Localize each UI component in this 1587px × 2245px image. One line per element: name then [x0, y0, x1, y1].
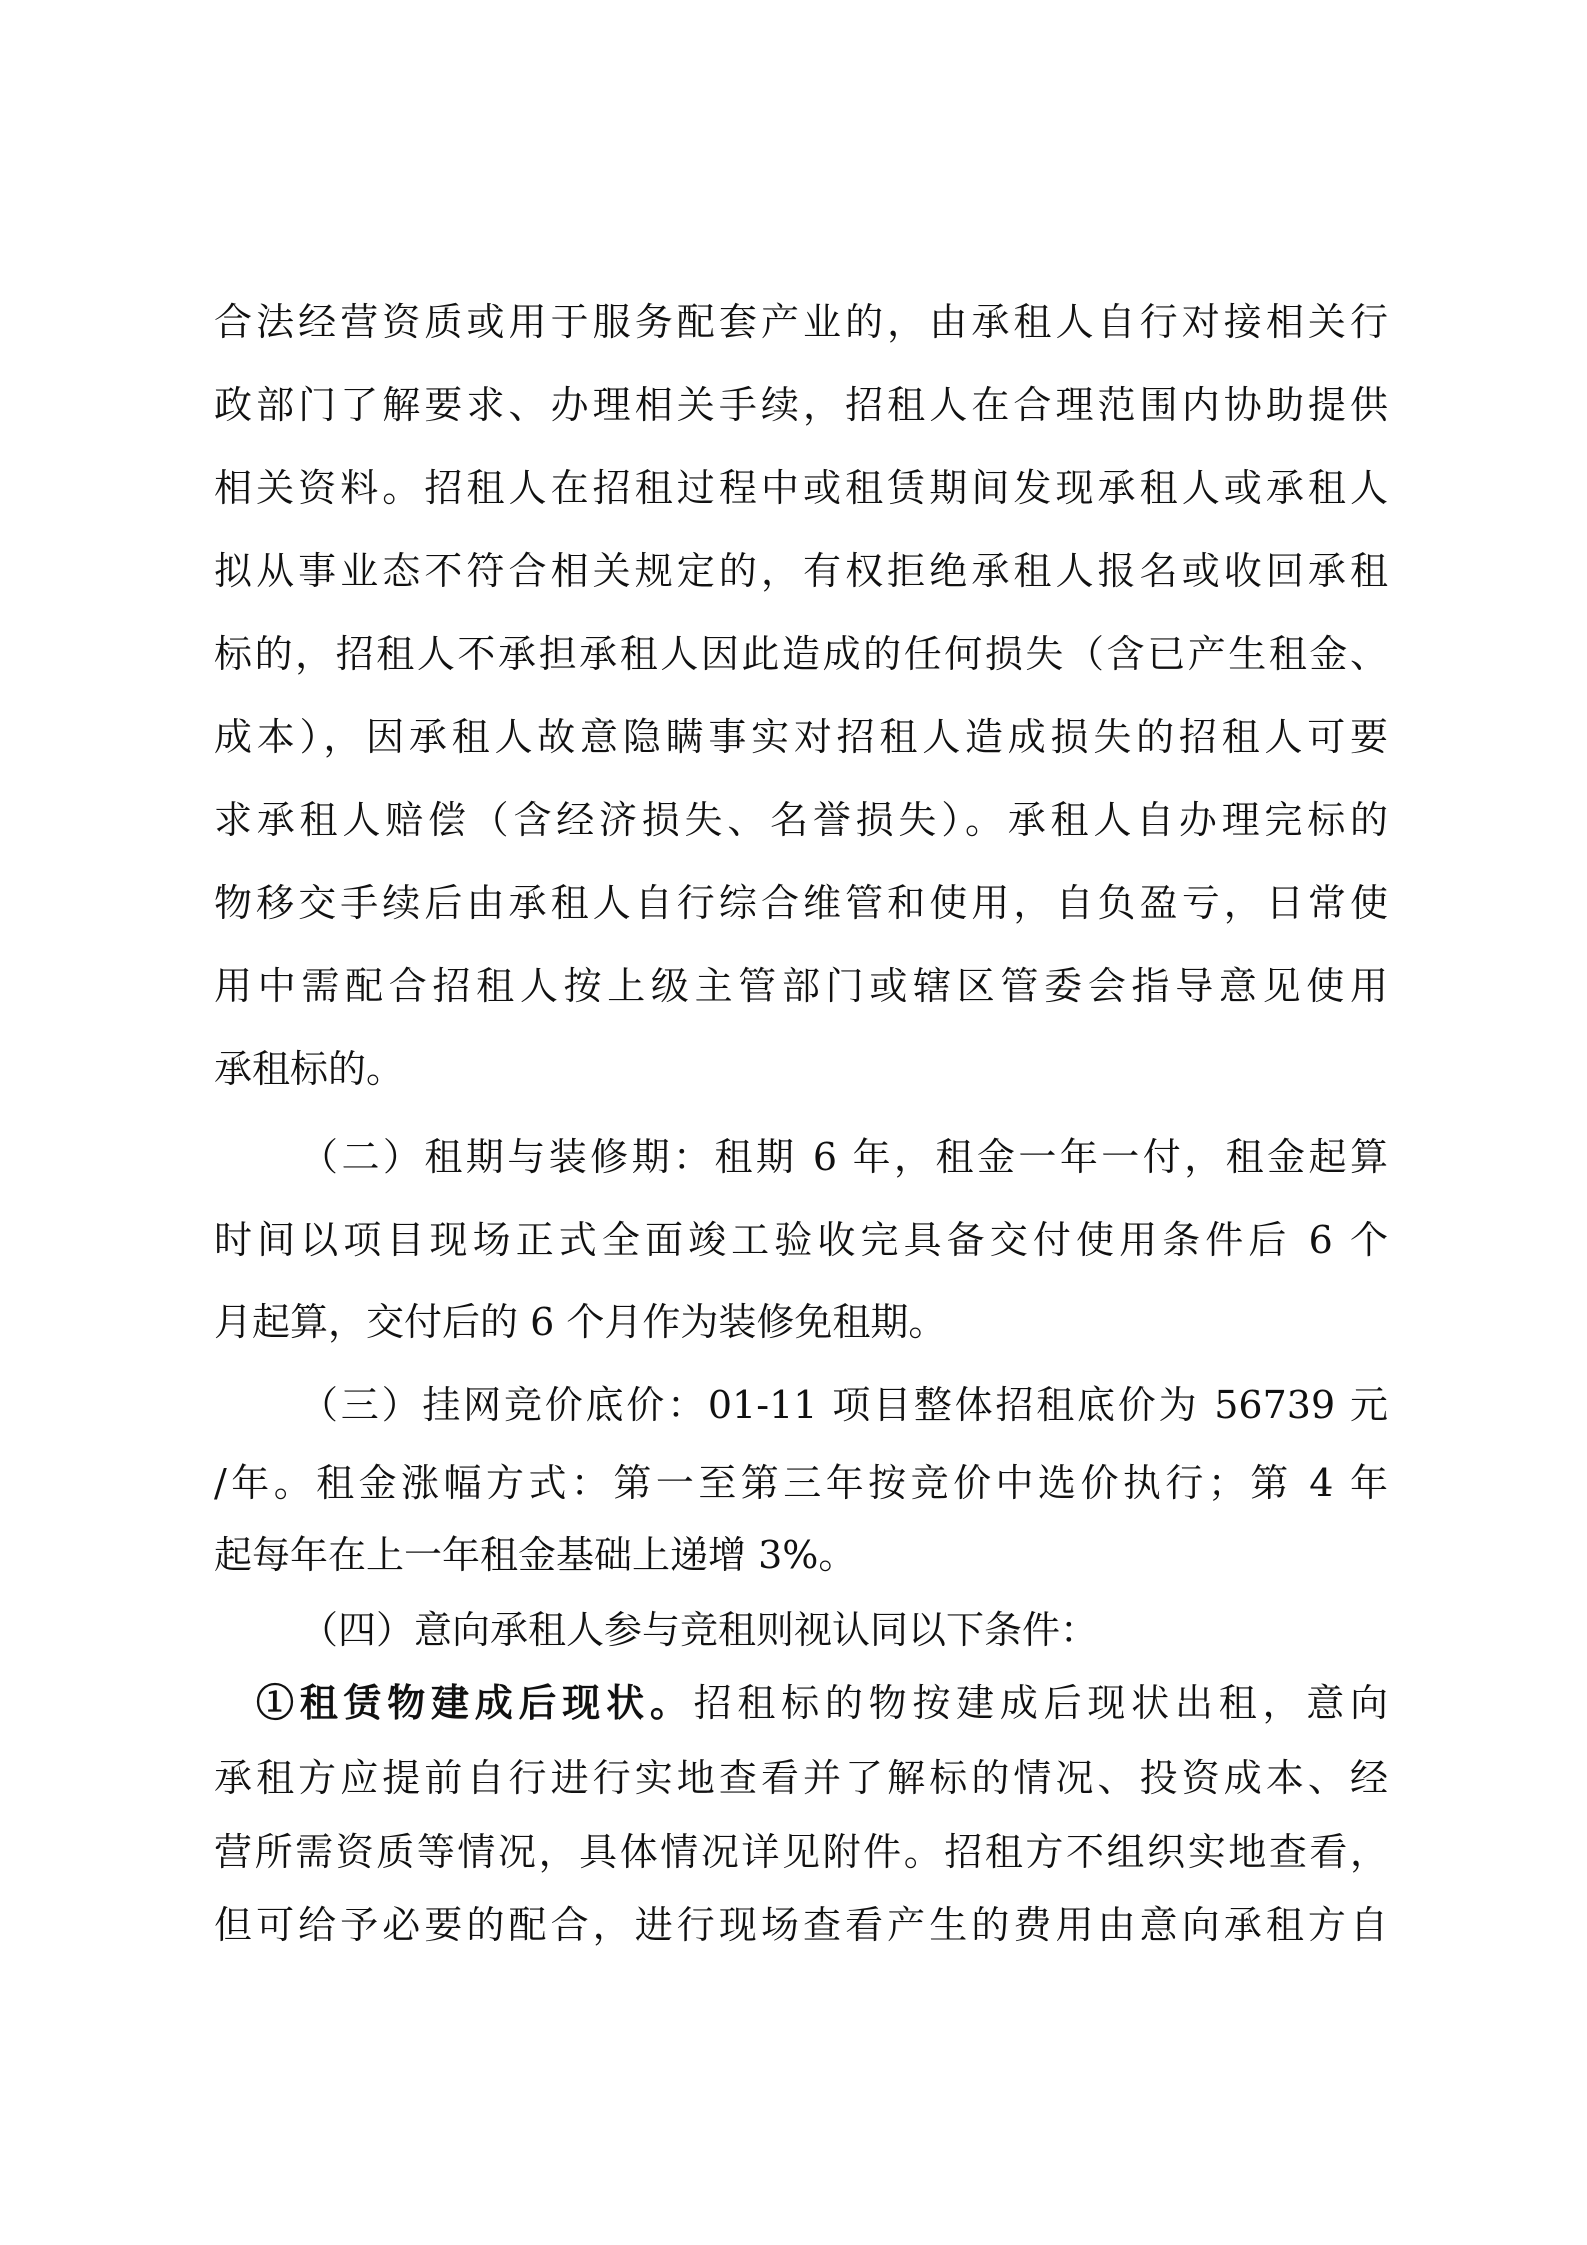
text-line: 标的，招租人不承担承租人因此造成的任何损失（含已产生租金、: [214, 626, 1388, 682]
condition-first-line: ①租赁物建成后现状。招租标的物按建成后现状出租，意向: [256, 1675, 1388, 1731]
section-heading-line: （二）租期与装修期：租期 6 年，租金一年一付，租金起算: [300, 1129, 1388, 1185]
text-line: 拟从事业态不符合相关规定的，有权拒绝承租人报名或收回承租: [214, 543, 1388, 599]
text-line: 物移交手续后由承租人自行综合维管和使用，自负盈亏，日常使: [214, 875, 1388, 931]
text-line: 承租标的。: [214, 1041, 1388, 1097]
text-line: 合法经营资质或用于服务配套产业的，由承租人自行对接相关行: [214, 294, 1388, 350]
document-page: 合法经营资质或用于服务配套产业的，由承租人自行对接相关行 政部门了解要求、办理相…: [0, 0, 1587, 2245]
text-line: 但可给予必要的配合，进行现场查看产生的费用由意向承租方自: [214, 1897, 1388, 1953]
text-line: 起每年在上一年租金基础上递增 3%。: [214, 1527, 1388, 1583]
text-line: 求承租人赔偿（含经济损失、名誉损失）。承租人自办理完标的: [214, 792, 1388, 848]
text-line: 月起算，交付后的 6 个月作为装修免租期。: [214, 1294, 1388, 1350]
text-line: /年。租金涨幅方式：第一至第三年按竞价中选价执行；第 4 年: [214, 1455, 1388, 1511]
text-line: 成本），因承租人故意隐瞒事实对招租人造成损失的招租人可要: [214, 709, 1388, 765]
condition-title: ①租赁物建成后现状。: [256, 1680, 694, 1725]
text-line: 时间以项目现场正式全面竣工验收完具备交付使用条件后 6 个: [214, 1212, 1388, 1268]
text-line: 营所需资质等情况，具体情况详见附件。招租方不组织实地查看，: [214, 1824, 1388, 1880]
text-line: 相关资料。招租人在招租过程中或租赁期间发现承租人或承租人: [214, 460, 1388, 516]
section-heading-line: （三）挂网竞价底价：01-11 项目整体招租底价为 56739 元: [300, 1377, 1388, 1433]
condition-text: 招租标的物按建成后现状出租，意向: [694, 1681, 1388, 1725]
text-line: 承租方应提前自行进行实地查看并了解标的情况、投资成本、经: [214, 1750, 1388, 1806]
text-line: 用中需配合招租人按上级主管部门或辖区管委会指导意见使用: [214, 958, 1388, 1014]
text-line: 政部门了解要求、办理相关手续，招租人在合理范围内协助提供: [214, 377, 1388, 433]
section-heading-line: （四）意向承租人参与竞租则视认同以下条件：: [300, 1602, 1388, 1658]
